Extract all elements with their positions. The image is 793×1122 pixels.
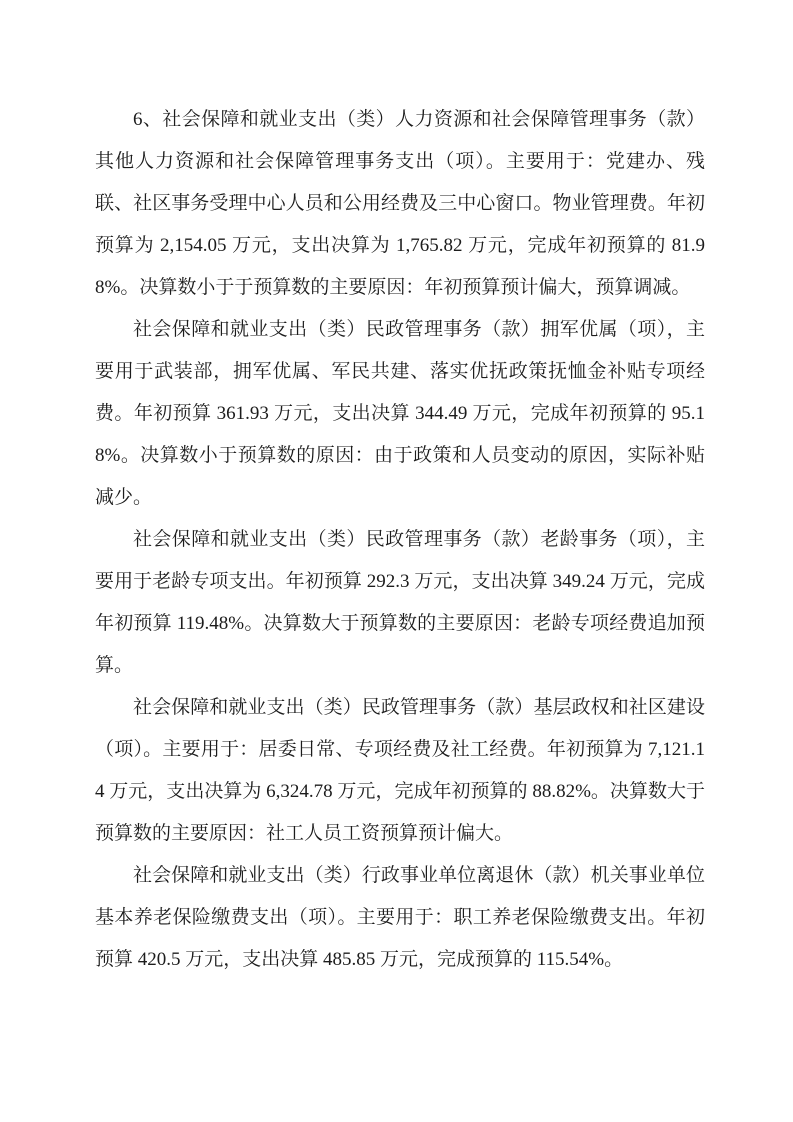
paragraph-retirement-insurance: 社会保障和就业支出（类）行政事业单位离退休（款）机关事业单位基本养老保险缴费支出… xyxy=(95,855,705,981)
paragraph-grassroots-community: 社会保障和就业支出（类）民政管理事务（款）基层政权和社区建设（项）。主要用于：居… xyxy=(95,687,705,855)
paragraph-social-security-hr-admin: 6、社会保障和就业支出（类）人力资源和社会保障管理事务（款）其他人力资源和社会保… xyxy=(95,99,705,309)
paragraph-military-support: 社会保障和就业支出（类）民政管理事务（款）拥军优属（项），主要用于武装部，拥军优… xyxy=(95,309,705,519)
document-page: 6、社会保障和就业支出（类）人力资源和社会保障管理事务（款）其他人力资源和社会保… xyxy=(0,0,793,1122)
document-text-block: 6、社会保障和就业支出（类）人力资源和社会保障管理事务（款）其他人力资源和社会保… xyxy=(95,99,705,981)
paragraph-aging-affairs: 社会保障和就业支出（类）民政管理事务（款）老龄事务（项），主要用于老龄专项支出。… xyxy=(95,519,705,687)
